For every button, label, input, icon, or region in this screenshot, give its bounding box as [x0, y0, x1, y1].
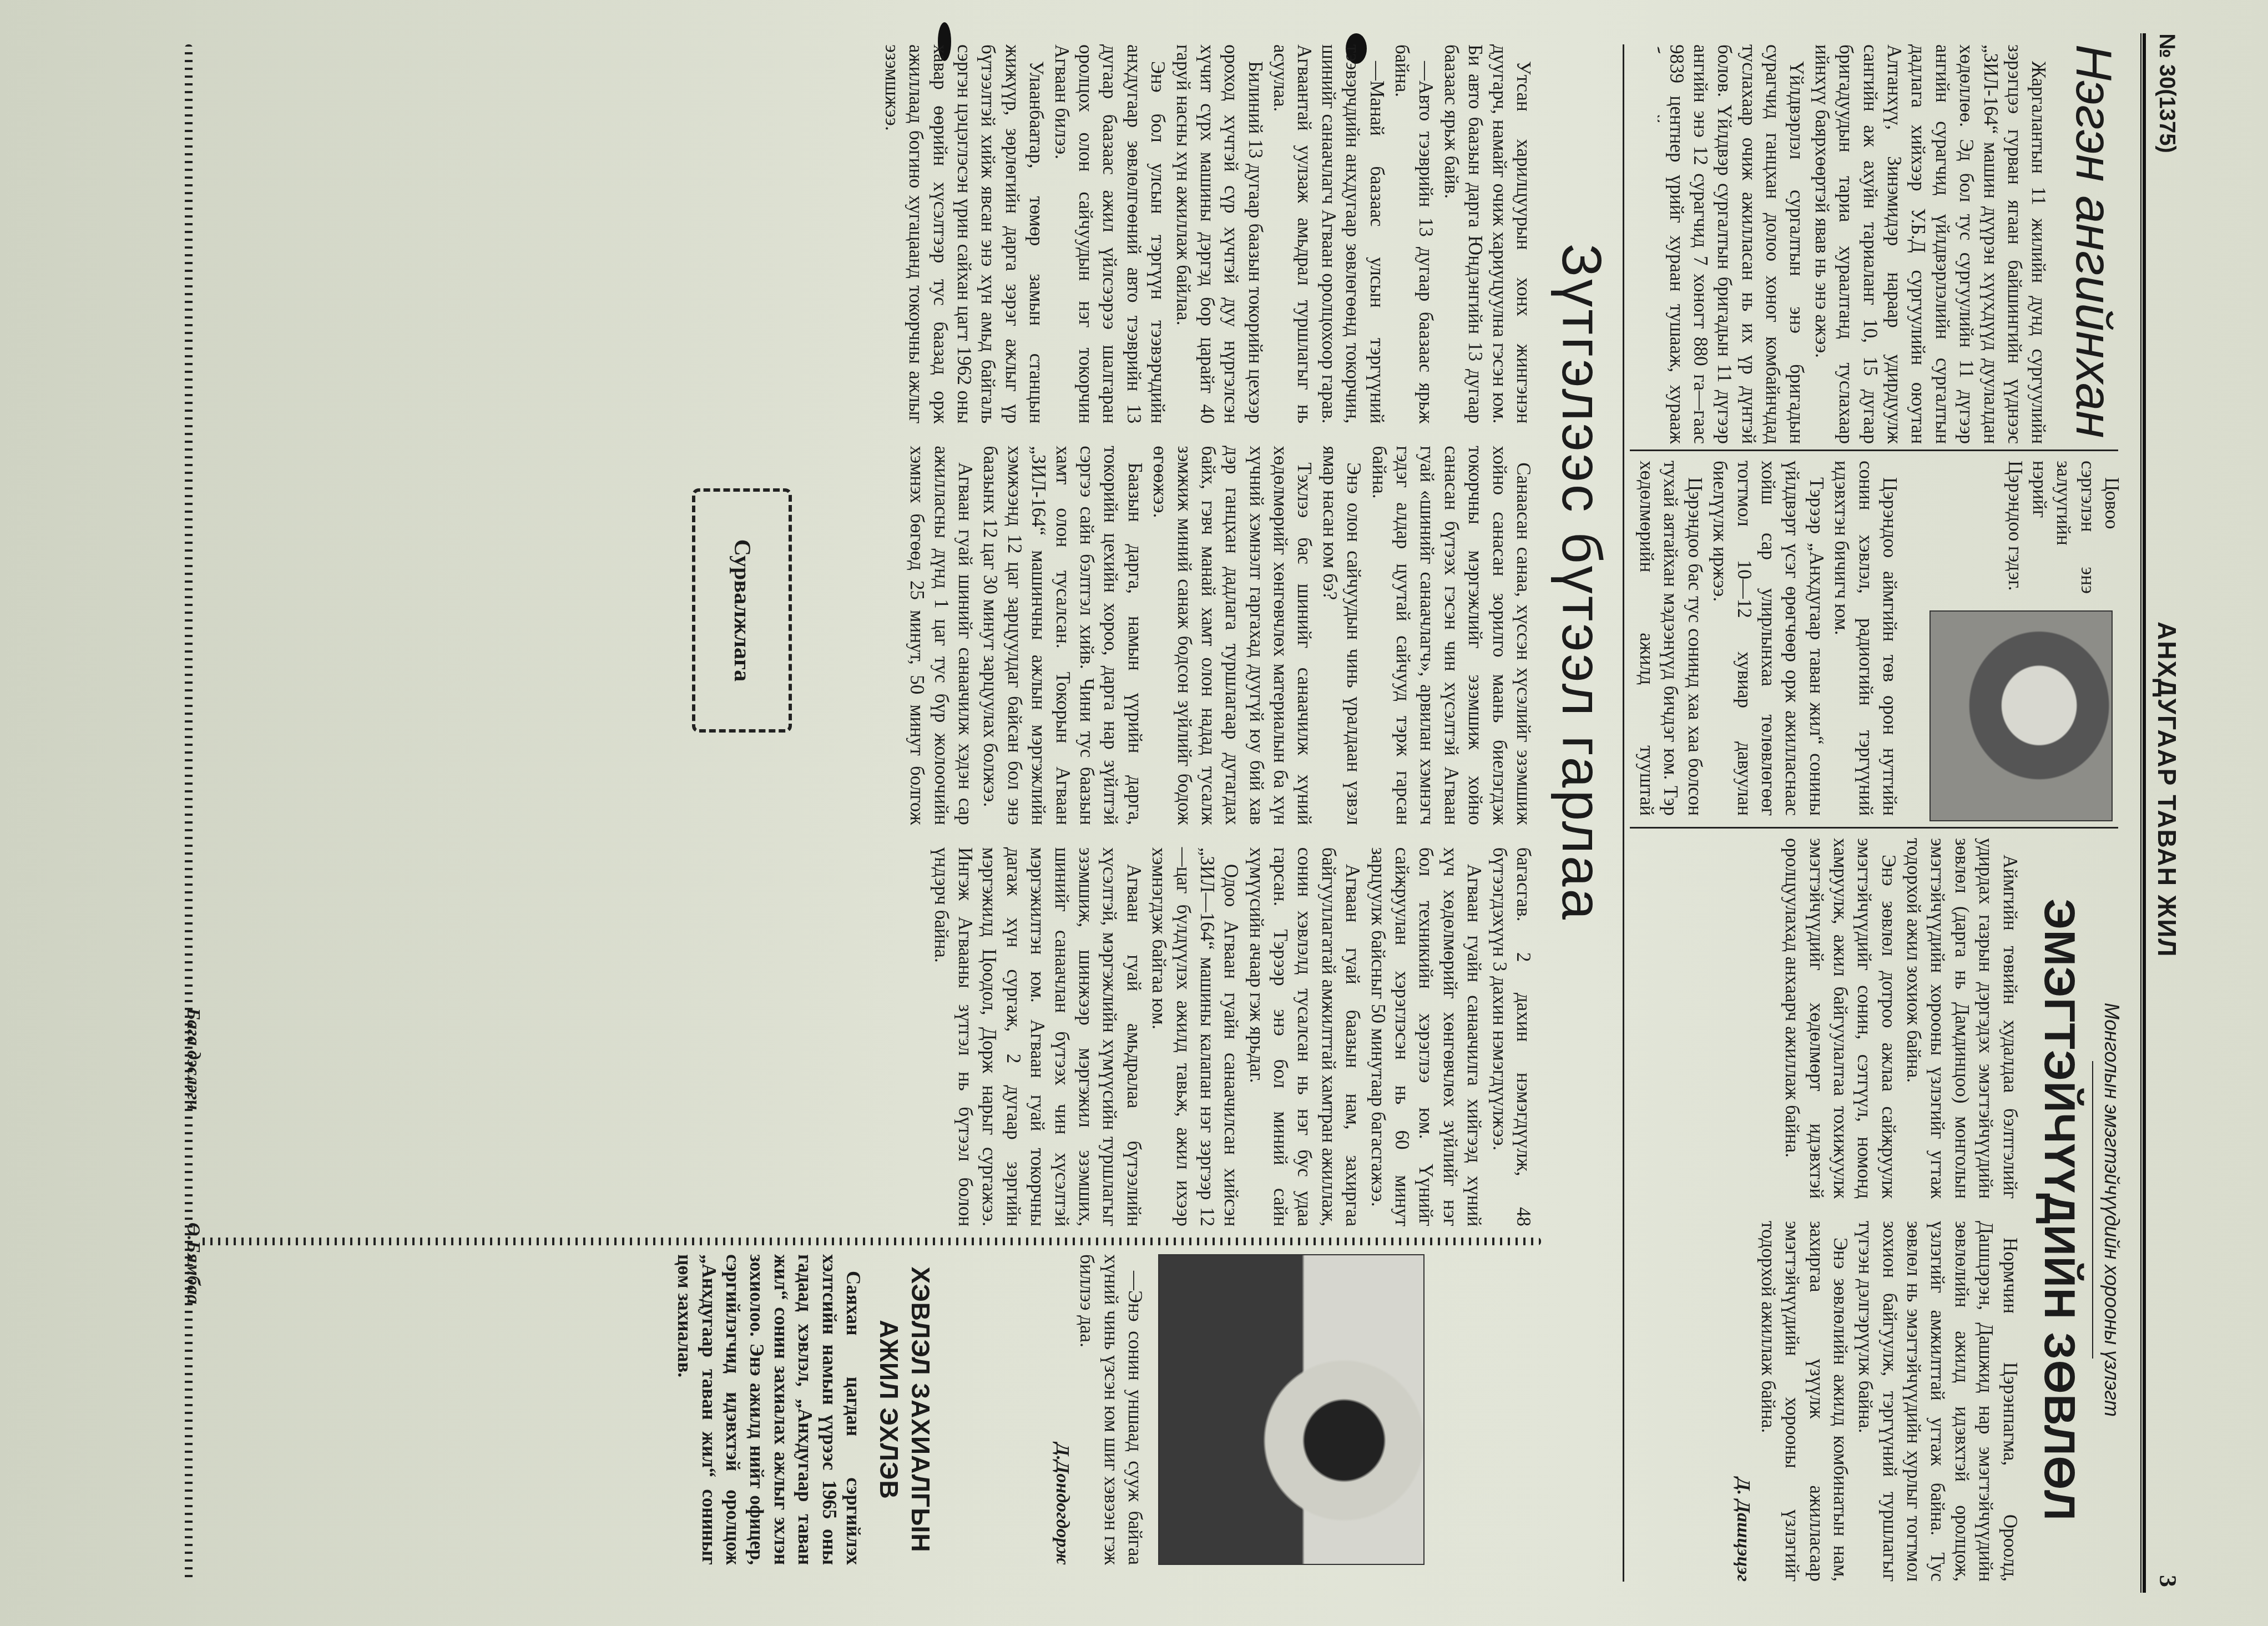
headline-zutgelees-buteel-garlaa: Зүтгэлээс бүтээл гарлаа [1549, 166, 1613, 999]
headline-line-1: ХЭВЛЭЛ ЗАХИАЛГЫН [905, 1254, 936, 1565]
column-divider [1630, 450, 2118, 451]
paragraph: Агваан гуай баазын нам, захиргаа байгуул… [1244, 847, 1365, 1226]
kicker: Монголын эмэгтэйчүүдийн хорооны үзлэгт [2099, 838, 2124, 1582]
paragraph: Улаанбаатар, төмөр замын станцын жижүүр,… [880, 44, 1048, 423]
page-number: 3 [2154, 1575, 2182, 1587]
paragraph: Тэхлээ бас шинийг санаачилж хүний хөдөлм… [1148, 446, 1317, 825]
paragraph: Энэ зөвлөлийн ажилд комбинатын нам, захи… [1756, 1221, 1852, 1582]
issue-number: № 30(1375) [2154, 33, 2179, 153]
paragraph: Одоо Агваан гуайн санаачилсан хийсэн „ЗИ… [1147, 847, 1244, 1226]
article-zutgelees-buteel-garlaa: Утсан харилцуурын хонх жингэнэн дуугарч,… [243, 44, 1535, 1226]
masthead-rule [2140, 33, 2146, 1593]
paragraph: Нормчин Цэрэнпагма, Ороолд, Дашцэрэн, Да… [1853, 1221, 2022, 1582]
paragraph: Тэрээр „Анхдугаар таван жил“ сонины үйлд… [1708, 461, 1828, 816]
headline: ЭМЭГТЭЙЧҮҮДИЙН ЗӨВЛӨЛ [2033, 838, 2087, 1582]
headline-line-2: АЖИЛ ЭХЛЭВ [873, 1254, 905, 1565]
newspaper-page: № 30(1375) АНХДУГААР ТАВАН ЖИЛ 3 Нэгэн а… [0, 0, 2268, 1626]
headline: Нэгэн ангийнхан [2062, 44, 2124, 444]
article-tserendoo-body: Цэрэндоо аймгийн төв орон нутгийн сонин … [1635, 461, 1902, 816]
paragraph: Цэрэндоо аймгийн төв орон нутгийн сонин … [1830, 461, 1902, 816]
paragraph: Санаасан санаа, хүссэн хүсэлийг эзэмшиж … [1367, 446, 1535, 825]
paragraph: Жаргалантын 11 жилийн дунд сургуулийн зэ… [1810, 44, 2051, 444]
article-tserendoo: Цовоо сэргэлэн энэ залуугийн нэрийг Цэрэ… [1891, 461, 2124, 594]
paragraph: Аймгийн төвийн худалдаа бэлтгэлийг удирд… [1902, 838, 2022, 1199]
paragraph: Агваан гуай амьдралаа бүтээлийн хүсэлтэй… [929, 847, 1146, 1226]
paper-title: АНХДУГААР ТАВАН ЖИЛ [2152, 622, 2182, 958]
paragraph: Саяхан цагдан сэргийлэх хэлтсийн намын ү… [673, 1254, 865, 1565]
byline: Д. Дашцэцэг [1731, 1221, 1755, 1582]
paragraph: Цэрэндоо бас тус сонинд хаа хаа болсон т… [1635, 461, 1707, 816]
article-emegteichuudiin-zovlol: Монголын эмэгтэйчүүдийн хорооны үзлэгт Э… [1635, 838, 2124, 1582]
paragraph: Үйлдвэрлэл сургалтын энэ бригадын сурагч… [1658, 44, 1809, 444]
byline: Д.Дондогдорж [1050, 1254, 1074, 1565]
masthead: № 30(1375) АНХДУГААР ТАВАН ЖИЛ 3 [2140, 33, 2190, 1593]
wavy-border-left [198, 1238, 1541, 1245]
kicker-rule [2092, 1061, 2093, 1359]
paragraph: Билиний 13 дугаар баазын токорийн цехээр… [1171, 44, 1267, 423]
quote: —Энэ сонин уншаад сууж байгаа хүний чинь… [1075, 1254, 1147, 1565]
article-negen-angiinhan: Нэгэн ангийнхан Жаргалантын 11 жилийн ду… [1658, 44, 2124, 444]
paragraph: Утсан харилцуурын хонх жингэнэн дуугарч,… [1439, 44, 1535, 423]
photo-agvaan [1158, 1254, 1425, 1565]
paragraph: Энэ олон сайчуудын чинь үралдаан үзвэл я… [1317, 446, 1366, 825]
kicker-box-label: Сурвалжлага [729, 539, 755, 681]
article-hevlel-zahialga: ХЭВЛЭЛ ЗАХИАЛГЫН АЖИЛ ЭХЛЭВ Саяхан цагда… [492, 1254, 936, 1565]
paragraph: Энэ зөвлөл дотроо ажлаа сайжруулж эмэгтэ… [1780, 838, 1901, 1199]
column-divider [1630, 827, 2118, 829]
paragraph: Баазын дарга, намын үүрийн дарга, токори… [978, 446, 1147, 825]
photo-caption-quote: —Энэ сонин уншаад сууж байгаа хүний чинь… [1036, 1254, 1147, 1565]
paragraph: —Авто тээврийн 13 дугаар баазаас ярьж ба… [1390, 44, 1438, 423]
lead: Цовоо сэргэлэн энэ залуугийн нэрийг Цэрэ… [2003, 461, 2124, 594]
paragraph: —Манай баазаас улсын тэргүүний тээвэрчди… [1269, 44, 1389, 423]
photo-tserendoo [1929, 610, 2113, 821]
paragraph: Энэ бол улсын тэргүүн тээвэрчдийн анхдуг… [1049, 44, 1170, 423]
paragraph: Агваан гуайн санаачилга хийгээд хүний хү… [1366, 847, 1486, 1226]
wavy-border-bottom [185, 44, 193, 1582]
section-divider [1623, 44, 1624, 1582]
kicker-box-survaljlaga: Сурвалжлага [692, 488, 792, 733]
